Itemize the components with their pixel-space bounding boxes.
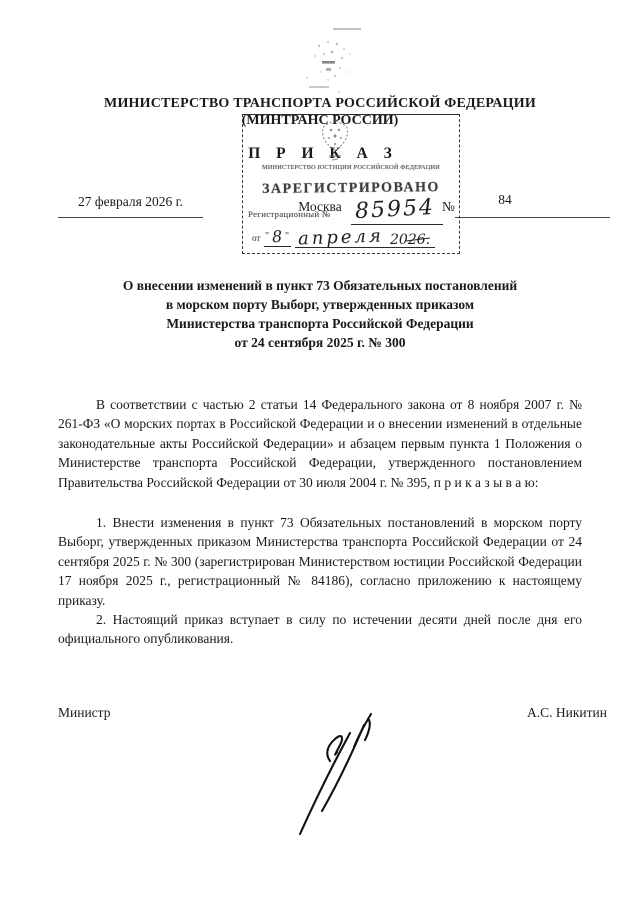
stamp-crest-icon — [315, 116, 355, 162]
order-body: В соответствии с частью 2 статьи 14 Феде… — [58, 395, 582, 649]
stamp-date-quote-open: " — [265, 231, 269, 242]
stamp-reg-number-handwritten: 85954 — [354, 195, 435, 224]
stamp-date-prefix: от — [252, 233, 260, 243]
order-title-line: О внесении изменений в пункт 73 Обязател… — [60, 276, 580, 295]
stamp-date-month-handwritten: апреля — [298, 226, 385, 250]
stamp-authority-name: МИНИСТЕРСТВО ЮСТИЦИИ РОССИЙСКОЙ ФЕДЕРАЦИ… — [243, 164, 459, 171]
scanned-order-page: МИНИСТЕРСТВО ТРАНСПОРТА РОССИЙСКОЙ ФЕДЕР… — [0, 0, 640, 905]
order-title: О внесении изменений в пункт 73 Обязател… — [60, 276, 580, 352]
faded-coat-of-arms-emblem — [295, 16, 370, 98]
stamp-date-quote-close: " — [285, 231, 289, 242]
stamp-reg-number-underline — [351, 224, 443, 225]
preamble-paragraph: В соответствии с частью 2 статьи 14 Феде… — [58, 395, 582, 492]
stamp-date-day-handwritten: 8 — [271, 227, 282, 247]
date-underline — [58, 217, 203, 218]
document-number: 84 — [455, 192, 555, 208]
order-title-line: от 24 сентября 2025 г. № 300 — [60, 333, 580, 352]
signer-name: А.С. Никитин — [527, 705, 607, 721]
order-title-line: в морском порту Выборг, утвержденных при… — [60, 295, 580, 314]
stamp-reg-number-label: Регистрационный № — [248, 209, 331, 219]
order-item-2: 2. Настоящий приказ вступает в силу по и… — [58, 610, 582, 649]
signer-position: Министр — [58, 705, 110, 721]
order-item-1: 1. Внести изменения в пункт 73 Обязатель… — [58, 513, 582, 610]
ministry-name: МИНИСТЕРСТВО ТРАНСПОРТА РОССИЙСКОЙ ФЕДЕР… — [0, 96, 640, 112]
order-title-line: Министерства транспорта Российской Федер… — [60, 314, 580, 333]
number-sign: № — [442, 199, 455, 215]
minister-signature — [270, 706, 405, 841]
stamp-date-day-underline — [264, 246, 291, 247]
justice-ministry-registration-stamp: МИНИСТЕРСТВО ЮСТИЦИИ РОССИЙСКОЙ ФЕДЕРАЦИ… — [242, 114, 460, 254]
stamp-date-month-underline — [295, 247, 435, 248]
number-underline — [455, 217, 610, 218]
